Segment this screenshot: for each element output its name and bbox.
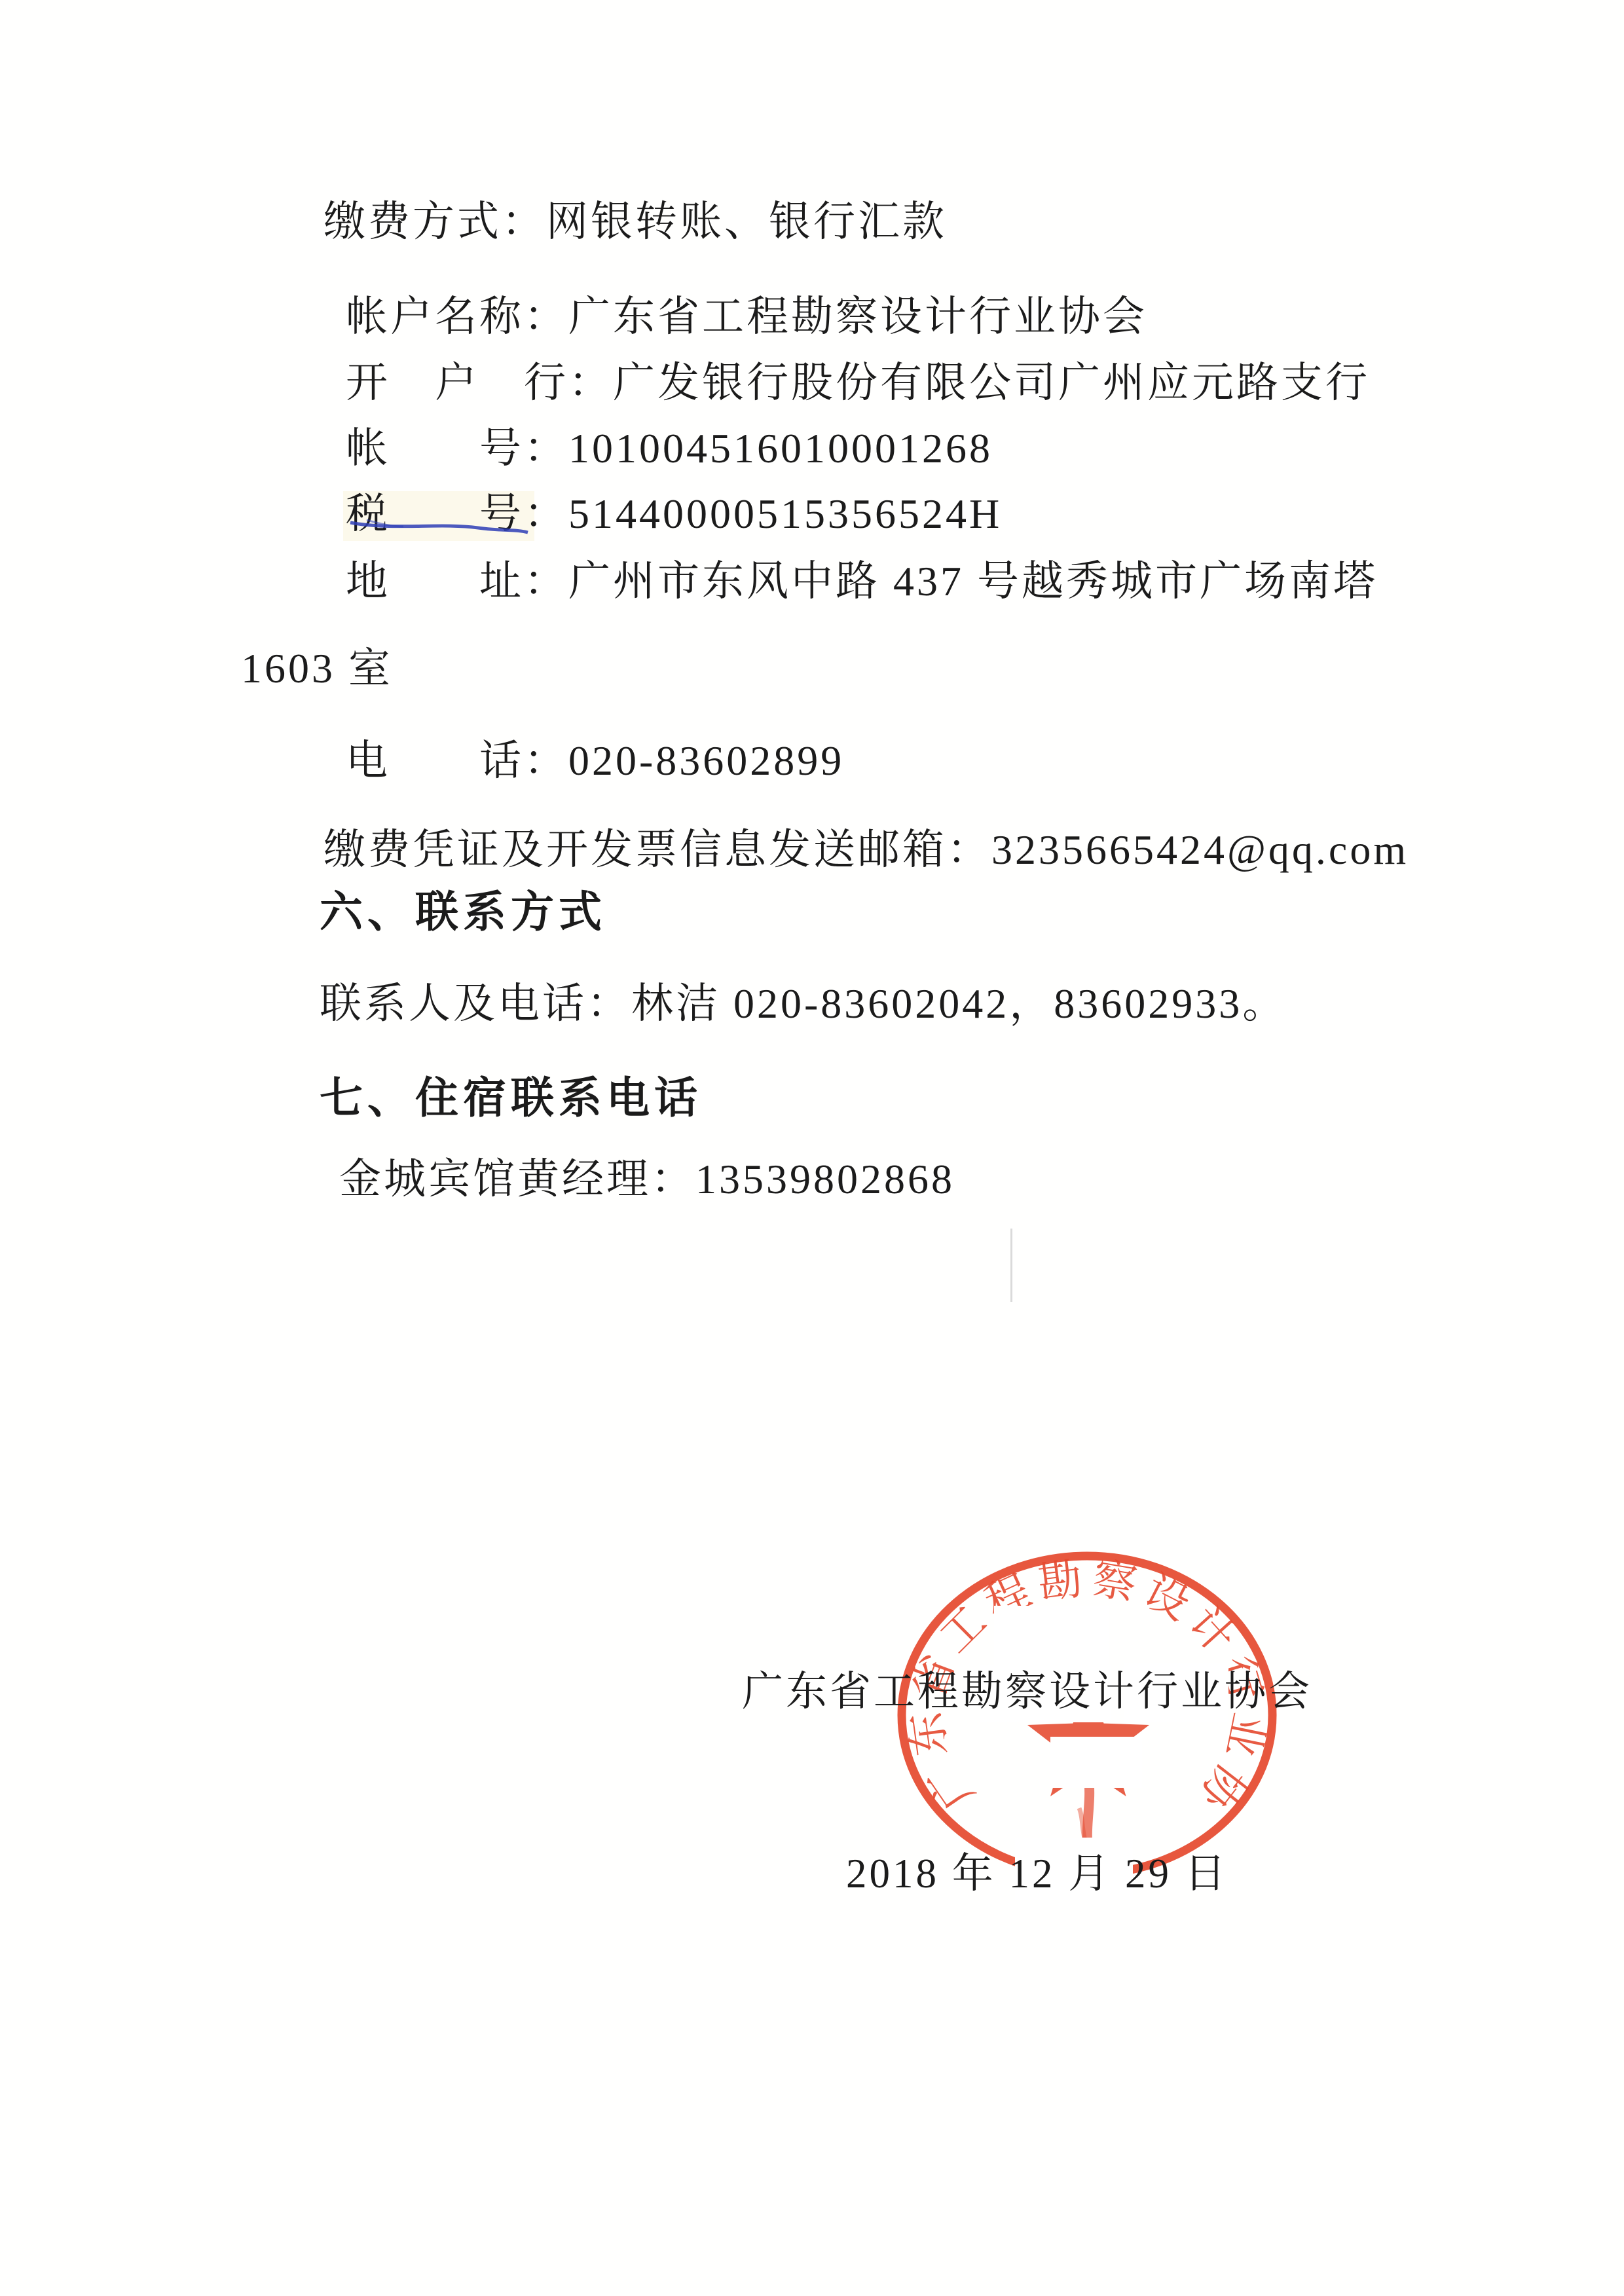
address-line: 地 址：广州市东风中路 437 号越秀城市广场南塔 (346, 558, 1378, 605)
bank-line: 开 户 行：广发银行股份有限公司广州应元路支行 (346, 360, 1370, 407)
section-hotel-heading: 七、住宿联系电话 (320, 1074, 702, 1122)
email-line: 缴费凭证及开发票信息发送邮箱：3235665424@qq.com (323, 826, 1409, 874)
contact-person-line: 联系人及电话：林洁 020-83602042，83602933。 (320, 980, 1287, 1028)
scan-white-patch (1050, 1737, 1142, 1788)
section-contact-heading: 六、联系方式 (320, 888, 606, 936)
document-page: 广东省工程勘察设计行业协会 缴费方式：网银转账、银行汇款 帐户名称：广东省工程勘… (0, 0, 1624, 2296)
phone-line: 电 话：020-83602899 (346, 737, 844, 785)
account-number-line: 帐 号：101004516010001268 (346, 425, 993, 472)
hotel-contact-line: 金城宾馆黄经理：13539802868 (339, 1156, 955, 1203)
payment-method-line: 缴费方式：网银转账、银行汇款 (323, 198, 947, 246)
pen-mark (341, 511, 537, 544)
signature-org-line: 广东省工程勘察设计行业协会 (742, 1669, 1312, 1715)
signature-date-line: 2018 年 12 月 29 日 (846, 1851, 1228, 1897)
scan-artifact-line (1010, 1229, 1012, 1302)
address-continuation-line: 1603 室 (241, 645, 393, 692)
scan-white-patch (994, 1606, 1109, 1666)
account-name-line: 帐户名称：广东省工程勘察设计行业协会 (346, 293, 1147, 341)
